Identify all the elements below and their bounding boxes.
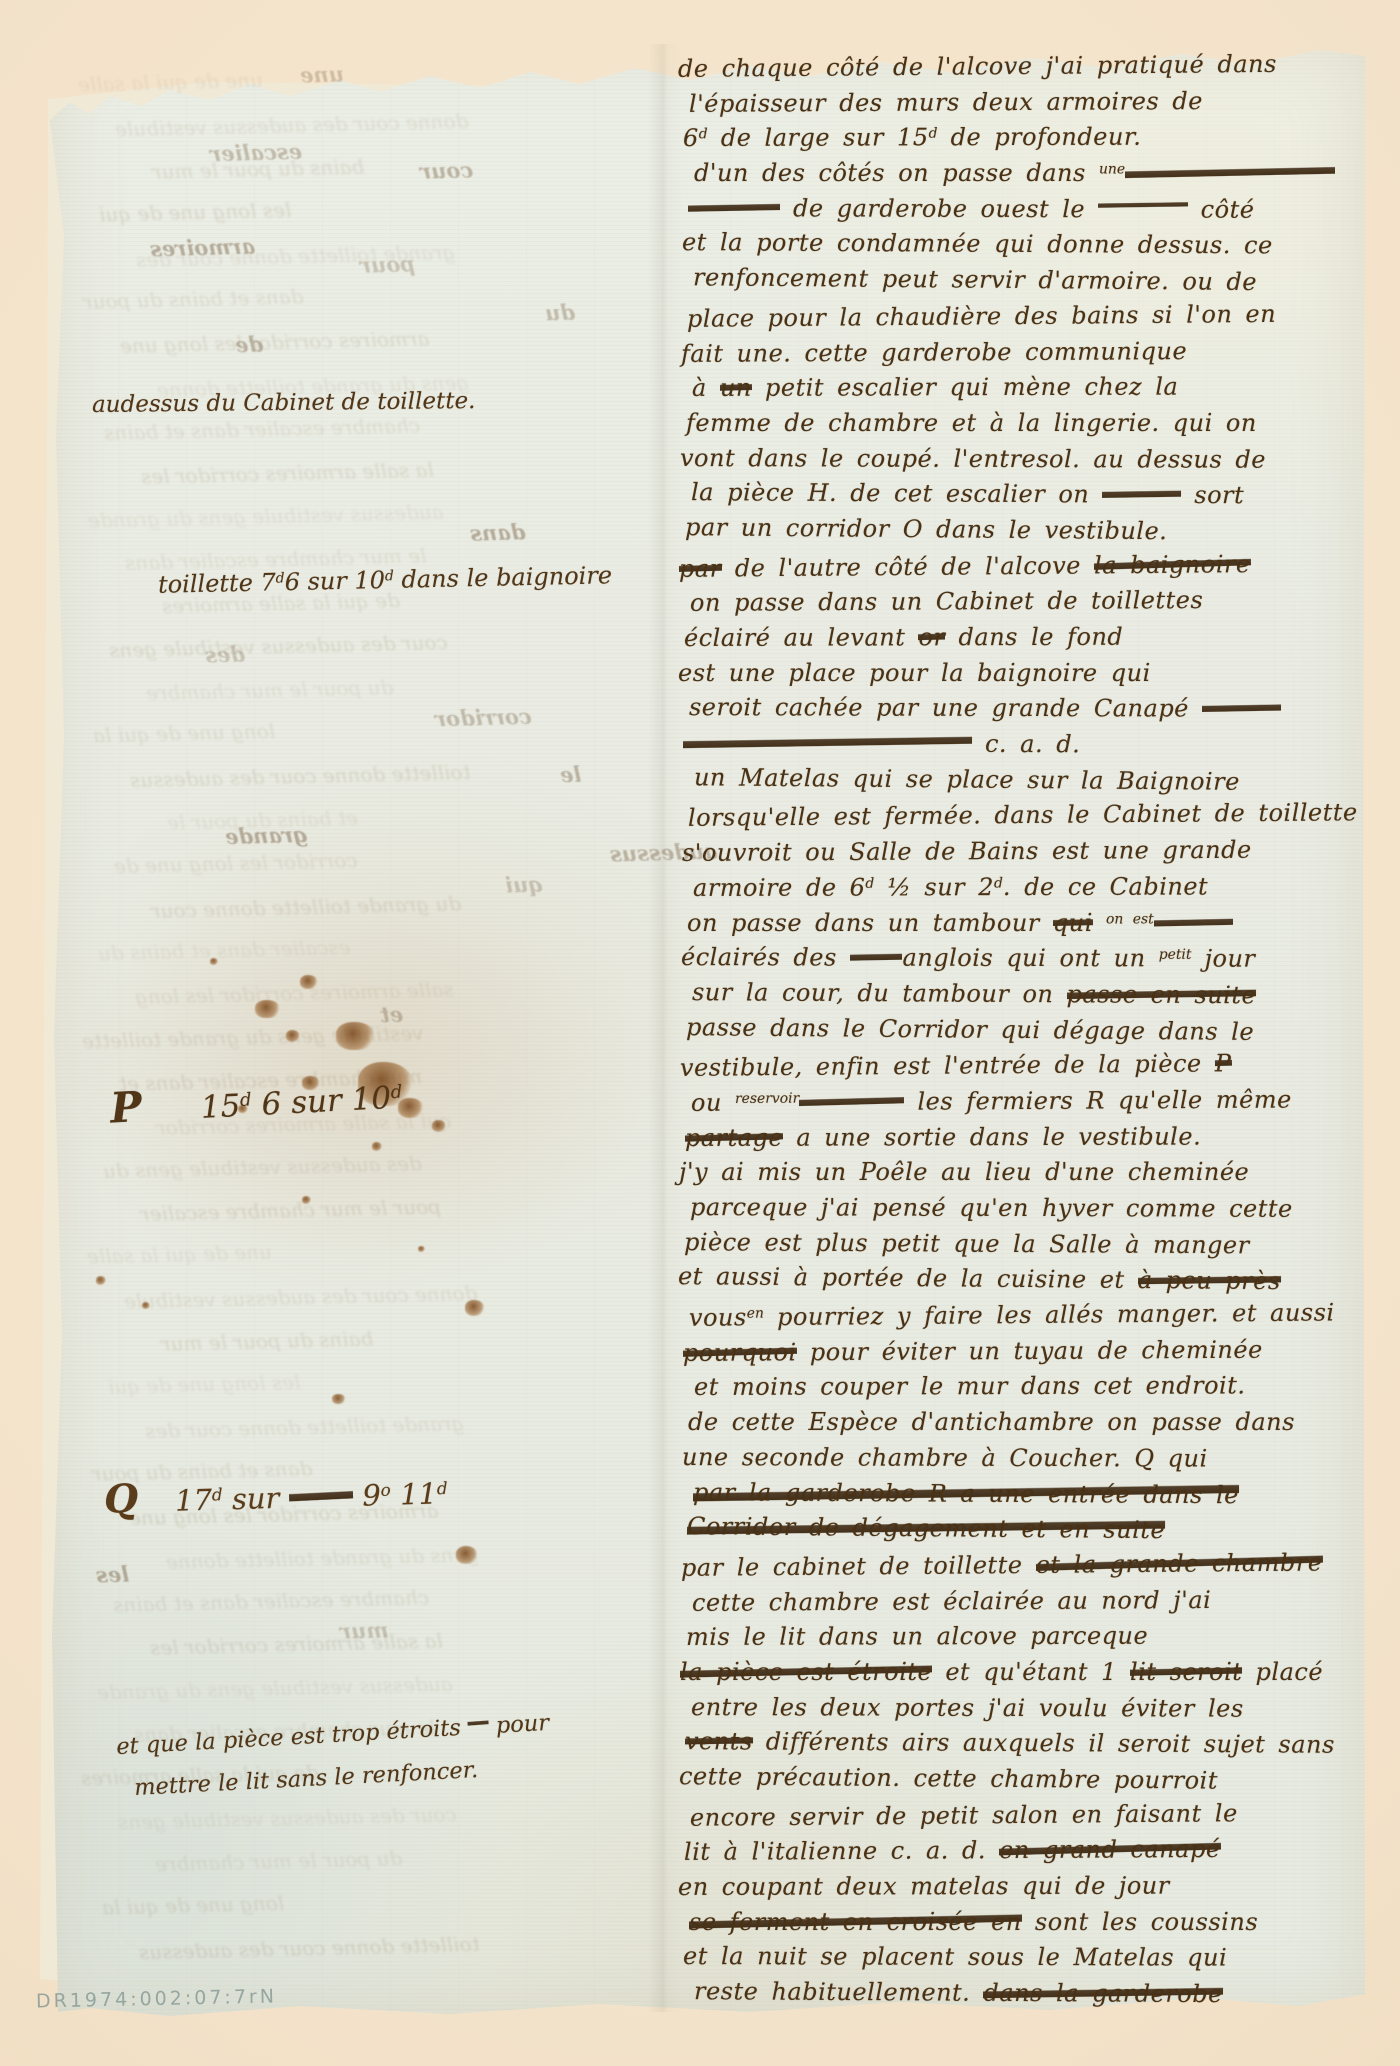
- struck-text: par: [679, 554, 722, 582]
- bleed-through-line: les long une de qui: [108, 1370, 301, 1399]
- ink-text: un Matelas qui se place sur la Baignoire: [694, 763, 1240, 796]
- bleed-through-mark: pour: [360, 251, 416, 278]
- ink-text: de chaque côté de l'alcove j'ai pratiqué…: [678, 50, 1277, 83]
- struck-text: se ferment en croisée en: [689, 1908, 1022, 1936]
- struck-text: dans la garderobe: [983, 1979, 1223, 2008]
- ink-text: anglois qui ont un: [902, 944, 1158, 973]
- struck-text: vents: [685, 1727, 753, 1755]
- ink-text: de l'autre côté de l'alcove: [722, 551, 1095, 582]
- manuscript-line: j'y ai mis un Poêle au lieu d'une chemin…: [678, 1158, 1370, 1194]
- ink-text: mis le lit dans un alcove parceque: [686, 1622, 1148, 1651]
- ink-text: d'un des côtés on passe dans: [694, 159, 1099, 187]
- struck-text: pourquoi: [683, 1338, 797, 1367]
- manuscript-line: d'un des côtés on passe dans une: [678, 159, 1370, 195]
- ink-text: dans le fond: [945, 623, 1123, 651]
- struck-text: [288, 1479, 353, 1515]
- ink-text: ou: [691, 1089, 735, 1117]
- manuscript-line: par la garderobe R a une entrée dans le: [678, 1478, 1370, 1518]
- manuscript-scan: une de qui la salledonne cour des audess…: [0, 0, 1400, 2066]
- bleed-through-line: long une de qui la: [102, 1891, 285, 1919]
- ink-text: d: [212, 1484, 223, 1504]
- ink-text: la pièce H. de cet escalier on: [691, 478, 1103, 508]
- manuscript-line: la pièce H. de cet escalier on sort: [678, 478, 1370, 518]
- ink-text: vous: [689, 1303, 747, 1331]
- ink-text: [1093, 909, 1106, 937]
- ink-text: cette précaution. cette chambre pourroit: [679, 1762, 1218, 1795]
- ink-text: sur: [222, 1481, 289, 1517]
- manuscript-line: de garderobe ouest le côté: [678, 194, 1370, 232]
- center-fold: [648, 44, 682, 2012]
- ink-text: passe dans le Corridor qui dégage dans l…: [686, 1013, 1254, 1046]
- ink-text: Q: [103, 1476, 138, 1523]
- bleed-through-mark: mur: [340, 1617, 389, 1643]
- ink-text: on est: [1106, 911, 1154, 927]
- manuscript-line: seroit cachée par une grande Canapé: [678, 693, 1370, 731]
- left-annotation-room-q-dimensions: Q 17d sur 9o 11d: [103, 1467, 448, 1523]
- ink-text: l'épaisseur des murs deux armoires de: [689, 87, 1203, 118]
- struck-text: [850, 944, 903, 972]
- ink-text: d: [994, 875, 1003, 891]
- ink-blot: [432, 1120, 446, 1132]
- manuscript-line: par un corridor O dans le vestibule.: [678, 513, 1370, 554]
- manuscript-line: une seconde chambre à Coucher. Q qui: [678, 1443, 1370, 1481]
- manuscript-line: par le cabinet de toillette et la grande…: [678, 1548, 1370, 1589]
- ink-text: est une place pour la baignoire qui: [678, 659, 1151, 687]
- manuscript-line: mis le lit dans un alcove parceque: [678, 1621, 1370, 1659]
- bleed-through-mark: grande: [225, 822, 308, 849]
- manuscript-line: pièce est plus petit que la Salle à mang…: [678, 1228, 1370, 1268]
- manuscript-line: se ferment en croisée en sont les coussi…: [678, 1908, 1370, 1944]
- manuscript-line: partage a une sortie dans le vestibule.: [678, 1122, 1370, 1160]
- struck-text: qui: [1053, 909, 1093, 937]
- ink-text: différents airs auxquels il seroit sujet…: [753, 1728, 1335, 1759]
- ink-text: éclairé au levant: [684, 623, 919, 652]
- ink-text: pour éviter un tuyau de cheminée: [797, 1335, 1263, 1366]
- ink-text: s'ouvroit ou Salle de Bains est une gran…: [682, 836, 1252, 867]
- manuscript-line: sur la cour, du tambour on passe en suit…: [678, 978, 1370, 1018]
- manuscript-line: reste habituellement. dans la garderobe: [678, 1977, 1370, 2017]
- bleed-through-mark: le: [560, 762, 582, 788]
- ink-text: 9: [353, 1478, 382, 1513]
- manuscript-line: l'épaisseur des murs deux armoires de: [678, 86, 1370, 126]
- bleed-through-mark: de: [235, 332, 264, 358]
- bleed-through-line: les long une de qui: [99, 198, 292, 227]
- struck-text: passe en suite: [1066, 980, 1256, 1009]
- ink-blot: [332, 1394, 346, 1404]
- bleed-through-mark: escalier: [210, 139, 303, 167]
- bleed-through-line: une de qui la salle: [87, 1240, 272, 1269]
- ink-text: et moins couper le mur dans cet endroit.: [694, 1372, 1246, 1402]
- ink-text: cette chambre est éclairée au nord j'ai: [692, 1586, 1211, 1617]
- manuscript-line: et moins couper le mur dans cet endroit.: [678, 1371, 1370, 1409]
- ink-text: d: [385, 568, 394, 584]
- bleed-through-mark: dans: [470, 519, 526, 546]
- ink-text: à: [692, 374, 720, 402]
- manuscript-line: est une place pour la baignoire qui: [678, 659, 1370, 695]
- bleed-through-line: long une de qui la: [93, 719, 276, 747]
- manuscript-line: vents différents airs auxquels il seroit…: [678, 1727, 1370, 1767]
- ink-text: une: [1099, 161, 1125, 177]
- struck-text: [1154, 909, 1233, 937]
- manuscript-line: c. a. d.: [678, 728, 1370, 768]
- manuscript-line: éclairé au levant or dans le fond: [678, 622, 1370, 660]
- struck-text: [467, 1715, 489, 1731]
- ink-text: pourriez y faire les allés manger. et au…: [764, 1298, 1335, 1331]
- ink-text: 6 sur 10: [284, 566, 385, 596]
- ink-text: placé: [1242, 1658, 1323, 1686]
- ink-text: en coupant deux matelas qui de jour: [678, 1872, 1170, 1901]
- manuscript-line: éclairés des anglois qui ont un petit jo…: [678, 943, 1370, 981]
- manuscript-line: vestibule, enfin est l'entrée de la pièc…: [678, 1048, 1370, 1089]
- manuscript-line: armoire de 6d ½ sur 2d. de ce Cabinet: [678, 872, 1370, 910]
- ink-blot: [255, 1000, 281, 1018]
- ink-text: vont dans le coupé. l'entresol. au dessu…: [680, 444, 1266, 474]
- ink-text: d: [275, 570, 284, 586]
- ink-text: éclairés des: [681, 943, 850, 971]
- ink-text: j'y ai mis un Poêle au lieu d'une chemin…: [679, 1158, 1249, 1186]
- ink-text: sort: [1181, 481, 1244, 509]
- manuscript-line: et aussi à portée de la cuisine et à peu…: [678, 1262, 1370, 1303]
- ink-text: pièce est plus petit que la Salle à mang…: [684, 1228, 1250, 1259]
- struck-text: [688, 194, 780, 222]
- bleed-through-mark: qui: [505, 871, 544, 897]
- struck-text: [1102, 481, 1181, 509]
- ink-text: c. a. d.: [972, 730, 1081, 759]
- manuscript-line: on passe dans un Cabinet de toillettes: [678, 585, 1370, 625]
- manuscript-line: Corridor de dégagement et en suite: [678, 1512, 1370, 1553]
- manuscript-line: par de l'autre côté de l'alcove la baign…: [678, 549, 1370, 590]
- bleed-through-mark: armoires: [150, 234, 256, 262]
- manuscript-line: renfoncement peut servir d'armoire. ou d…: [678, 263, 1370, 304]
- struck-text: la baignoire: [1094, 550, 1251, 579]
- struck-text: lit seroit: [1130, 1658, 1242, 1686]
- manuscript-line: s'ouvroit ou Salle de Bains est une gran…: [678, 835, 1370, 875]
- manuscript-line: cette chambre est éclairée au nord j'ai: [678, 1585, 1370, 1625]
- ink-text: les fermiers R qu'elle même: [904, 1085, 1292, 1115]
- struck-text: or: [918, 623, 945, 651]
- ink-text: de cette Espèce d'antichambre on passe d…: [688, 1408, 1295, 1436]
- manuscript-line: femme de chambre et à la lingerie. qui o…: [678, 409, 1370, 445]
- ink-text: on passe dans un tambour: [687, 909, 1053, 937]
- struck-text: un: [720, 374, 752, 402]
- struck-text: en grand canapé: [999, 1835, 1221, 1864]
- ink-text: d: [699, 127, 708, 143]
- manuscript-line: de cette Espèce d'antichambre on passe d…: [678, 1408, 1370, 1444]
- ink-text: toillette 7: [158, 568, 276, 598]
- ink-text: de large sur 15: [708, 124, 929, 153]
- ink-text: 15: [141, 1088, 241, 1129]
- ink-text: parceque j'ai pensé qu'en hyver comme ce…: [690, 1193, 1293, 1223]
- ink-text: P: [109, 1082, 143, 1133]
- ink-text: de profondeur.: [937, 123, 1141, 152]
- ink-text: par un corridor O dans le vestibule.: [685, 513, 1168, 545]
- ink-text: d: [390, 1081, 403, 1103]
- struck-text: Corridor de dégagement et en suite: [687, 1512, 1165, 1544]
- ink-text: lorsqu'elle est fermée. dans le Cabinet …: [688, 799, 1358, 833]
- manuscript-line: lorsqu'elle est fermée. dans le Cabinet …: [678, 799, 1370, 840]
- bleed-through-mark: du: [545, 300, 576, 326]
- manuscript-line: et la porte condamnée qui donne dessus. …: [678, 229, 1370, 269]
- ink-text: encore servir de petit salon en faisant …: [690, 1799, 1238, 1832]
- manuscript-line: et la nuit se placent sous le Matelas qu…: [678, 1942, 1370, 1980]
- right-page-text: de chaque côté de l'alcove j'ai pratiqué…: [678, 52, 1370, 2015]
- ink-text: entre les deux portes j'ai voulu éviter …: [691, 1693, 1244, 1723]
- ink-text: armoire de 6: [693, 873, 866, 901]
- ink-blot: [372, 1142, 382, 1151]
- ink-blot: [96, 1276, 106, 1285]
- manuscript-line: encore servir de petit salon en faisant …: [678, 1798, 1370, 1839]
- ink-blot: [456, 1546, 478, 1564]
- manuscript-line: 6d de large sur 15d de profondeur.: [678, 122, 1370, 160]
- manuscript-line: place pour la chaudière des bains si l'o…: [678, 299, 1370, 340]
- manuscript-line: lit à l'italienne c. a. d. en grand cana…: [678, 1834, 1370, 1874]
- ink-blot: [286, 1030, 300, 1042]
- struck-text: [1125, 159, 1335, 187]
- ink-text: et la nuit se placent sous le Matelas qu…: [683, 1942, 1227, 1972]
- ink-blot: [142, 1302, 150, 1309]
- ink-text: o: [380, 1480, 391, 1500]
- manuscript-line: de chaque côté de l'alcove j'ai pratiqué…: [678, 49, 1370, 90]
- struck-text: par la garderobe R a une entrée dans le: [693, 1478, 1239, 1509]
- ink-text: petit escalier qui mène chez la: [752, 373, 1179, 402]
- ink-blot: [302, 1196, 311, 1204]
- ink-text: on passe dans un Cabinet de toillettes: [690, 586, 1203, 617]
- bleed-through-mark: des: [205, 641, 246, 667]
- ink-text: par le cabinet de toillette: [681, 1551, 1036, 1582]
- ink-text: une seconde chambre à Coucher. Q qui: [682, 1443, 1208, 1472]
- ink-text: 17: [138, 1483, 213, 1519]
- bleed-through-mark: les: [96, 1562, 130, 1588]
- struck-text: [799, 1088, 904, 1117]
- ink-text: et la porte condamnée qui donne dessus. …: [682, 229, 1273, 260]
- ink-text: audessus du Cabinet de toillette.: [92, 388, 476, 418]
- manuscript-line: cette précaution. cette chambre pourroit: [678, 1762, 1370, 1803]
- ink-text: d: [437, 1478, 448, 1498]
- bleed-through-mark: cour: [420, 157, 474, 183]
- ink-text: et aussi à portée de la cuisine et: [678, 1262, 1138, 1294]
- ink-text: jour: [1191, 945, 1255, 973]
- manuscript-line: la pièce est étroite et qu'étant 1 lit s…: [678, 1658, 1370, 1694]
- ink-text: de garderobe ouest le: [780, 194, 1098, 223]
- ink-text: dans le baignoire: [394, 561, 613, 594]
- struck-text: partage: [685, 1123, 783, 1151]
- ink-text: pour: [488, 1710, 550, 1739]
- ink-text: 6 sur 10: [251, 1080, 392, 1123]
- manuscript-line: passe dans le Corridor qui dégage dans l…: [678, 1013, 1370, 1054]
- ink-text: seroit cachée par une grande Canapé: [689, 693, 1202, 722]
- bleed-through-mark: une: [300, 61, 345, 87]
- ink-text: lit à l'italienne c. a. d.: [684, 1837, 999, 1867]
- struck-text: à peu près: [1138, 1266, 1281, 1295]
- ink-blot: [418, 1246, 425, 1252]
- ink-text: sur la cour, du tambour on: [692, 978, 1067, 1008]
- ink-text: en: [747, 1306, 764, 1322]
- ink-text: a une sortie dans le vestibule.: [783, 1122, 1201, 1151]
- ink-text: fait une. cette garderobe communique: [681, 337, 1187, 368]
- manuscript-line: fait une. cette garderobe communique: [678, 336, 1370, 376]
- ink-text: femme de chambre et à la lingerie. qui o…: [686, 409, 1257, 437]
- ink-blot: [300, 975, 318, 989]
- ink-text: reservoir: [735, 1091, 799, 1107]
- struck-text: [683, 728, 972, 758]
- ink-text: reste habituellement.: [694, 1977, 984, 2007]
- manuscript-line: parceque j'ai pensé qu'en hyver comme ce…: [678, 1193, 1370, 1231]
- manuscript-line: à un petit escalier qui mène chez la: [678, 372, 1370, 410]
- ink-text: 6: [683, 124, 699, 152]
- struck-text: et la grande chambre: [1036, 1548, 1323, 1578]
- ink-text: 11: [390, 1477, 437, 1512]
- manuscript-line: vousen pourriez y faire les allés manger…: [678, 1298, 1370, 1339]
- struck-text: la pièce est étroite: [680, 1658, 932, 1686]
- manuscript-line: pourquoi pour éviter un tuyau de cheminé…: [678, 1335, 1370, 1375]
- ink-text: et qu'étant 1: [932, 1658, 1130, 1686]
- ink-text: vestibule, enfin est l'entrée de la pièc…: [680, 1050, 1215, 1082]
- struck-text: P: [1215, 1050, 1232, 1078]
- manuscript-line: entre les deux portes j'ai voulu éviter …: [678, 1693, 1370, 1731]
- ink-blot: [210, 958, 218, 965]
- struck-text: [1098, 197, 1187, 213]
- ink-blot: [336, 1022, 376, 1050]
- bleed-through-line: bains du pour le mur: [161, 1326, 374, 1355]
- ink-text: petit: [1159, 947, 1192, 963]
- manuscript-line: vont dans le coupé. l'entresol. au dessu…: [678, 444, 1370, 482]
- ink-text: ½ sur 2: [874, 873, 994, 901]
- manuscript-line: on passe dans un tambour qui on est: [678, 909, 1370, 945]
- bleed-through-line: une de qui la salle: [78, 68, 263, 97]
- struck-text: [1202, 695, 1281, 723]
- left-annotation-cabinet: audessus du Cabinet de toillette.: [92, 388, 476, 418]
- manuscript-line: ou reservoir les fermiers R qu'elle même: [678, 1085, 1370, 1125]
- ink-text: . de ce Cabinet: [1003, 872, 1208, 901]
- manuscript-line: en coupant deux matelas qui de jour: [678, 1871, 1370, 1909]
- ink-text: renfoncement peut servir d'armoire. ou d…: [693, 263, 1257, 296]
- ink-blot: [465, 1300, 485, 1316]
- ink-text: sont les coussins: [1022, 1908, 1258, 1936]
- ink-text: place pour la chaudière des bains si l'o…: [687, 300, 1276, 333]
- bleed-through-mark: corridor: [435, 704, 532, 732]
- bleed-through-mark: et: [380, 1002, 404, 1028]
- ink-text: côté: [1188, 195, 1255, 223]
